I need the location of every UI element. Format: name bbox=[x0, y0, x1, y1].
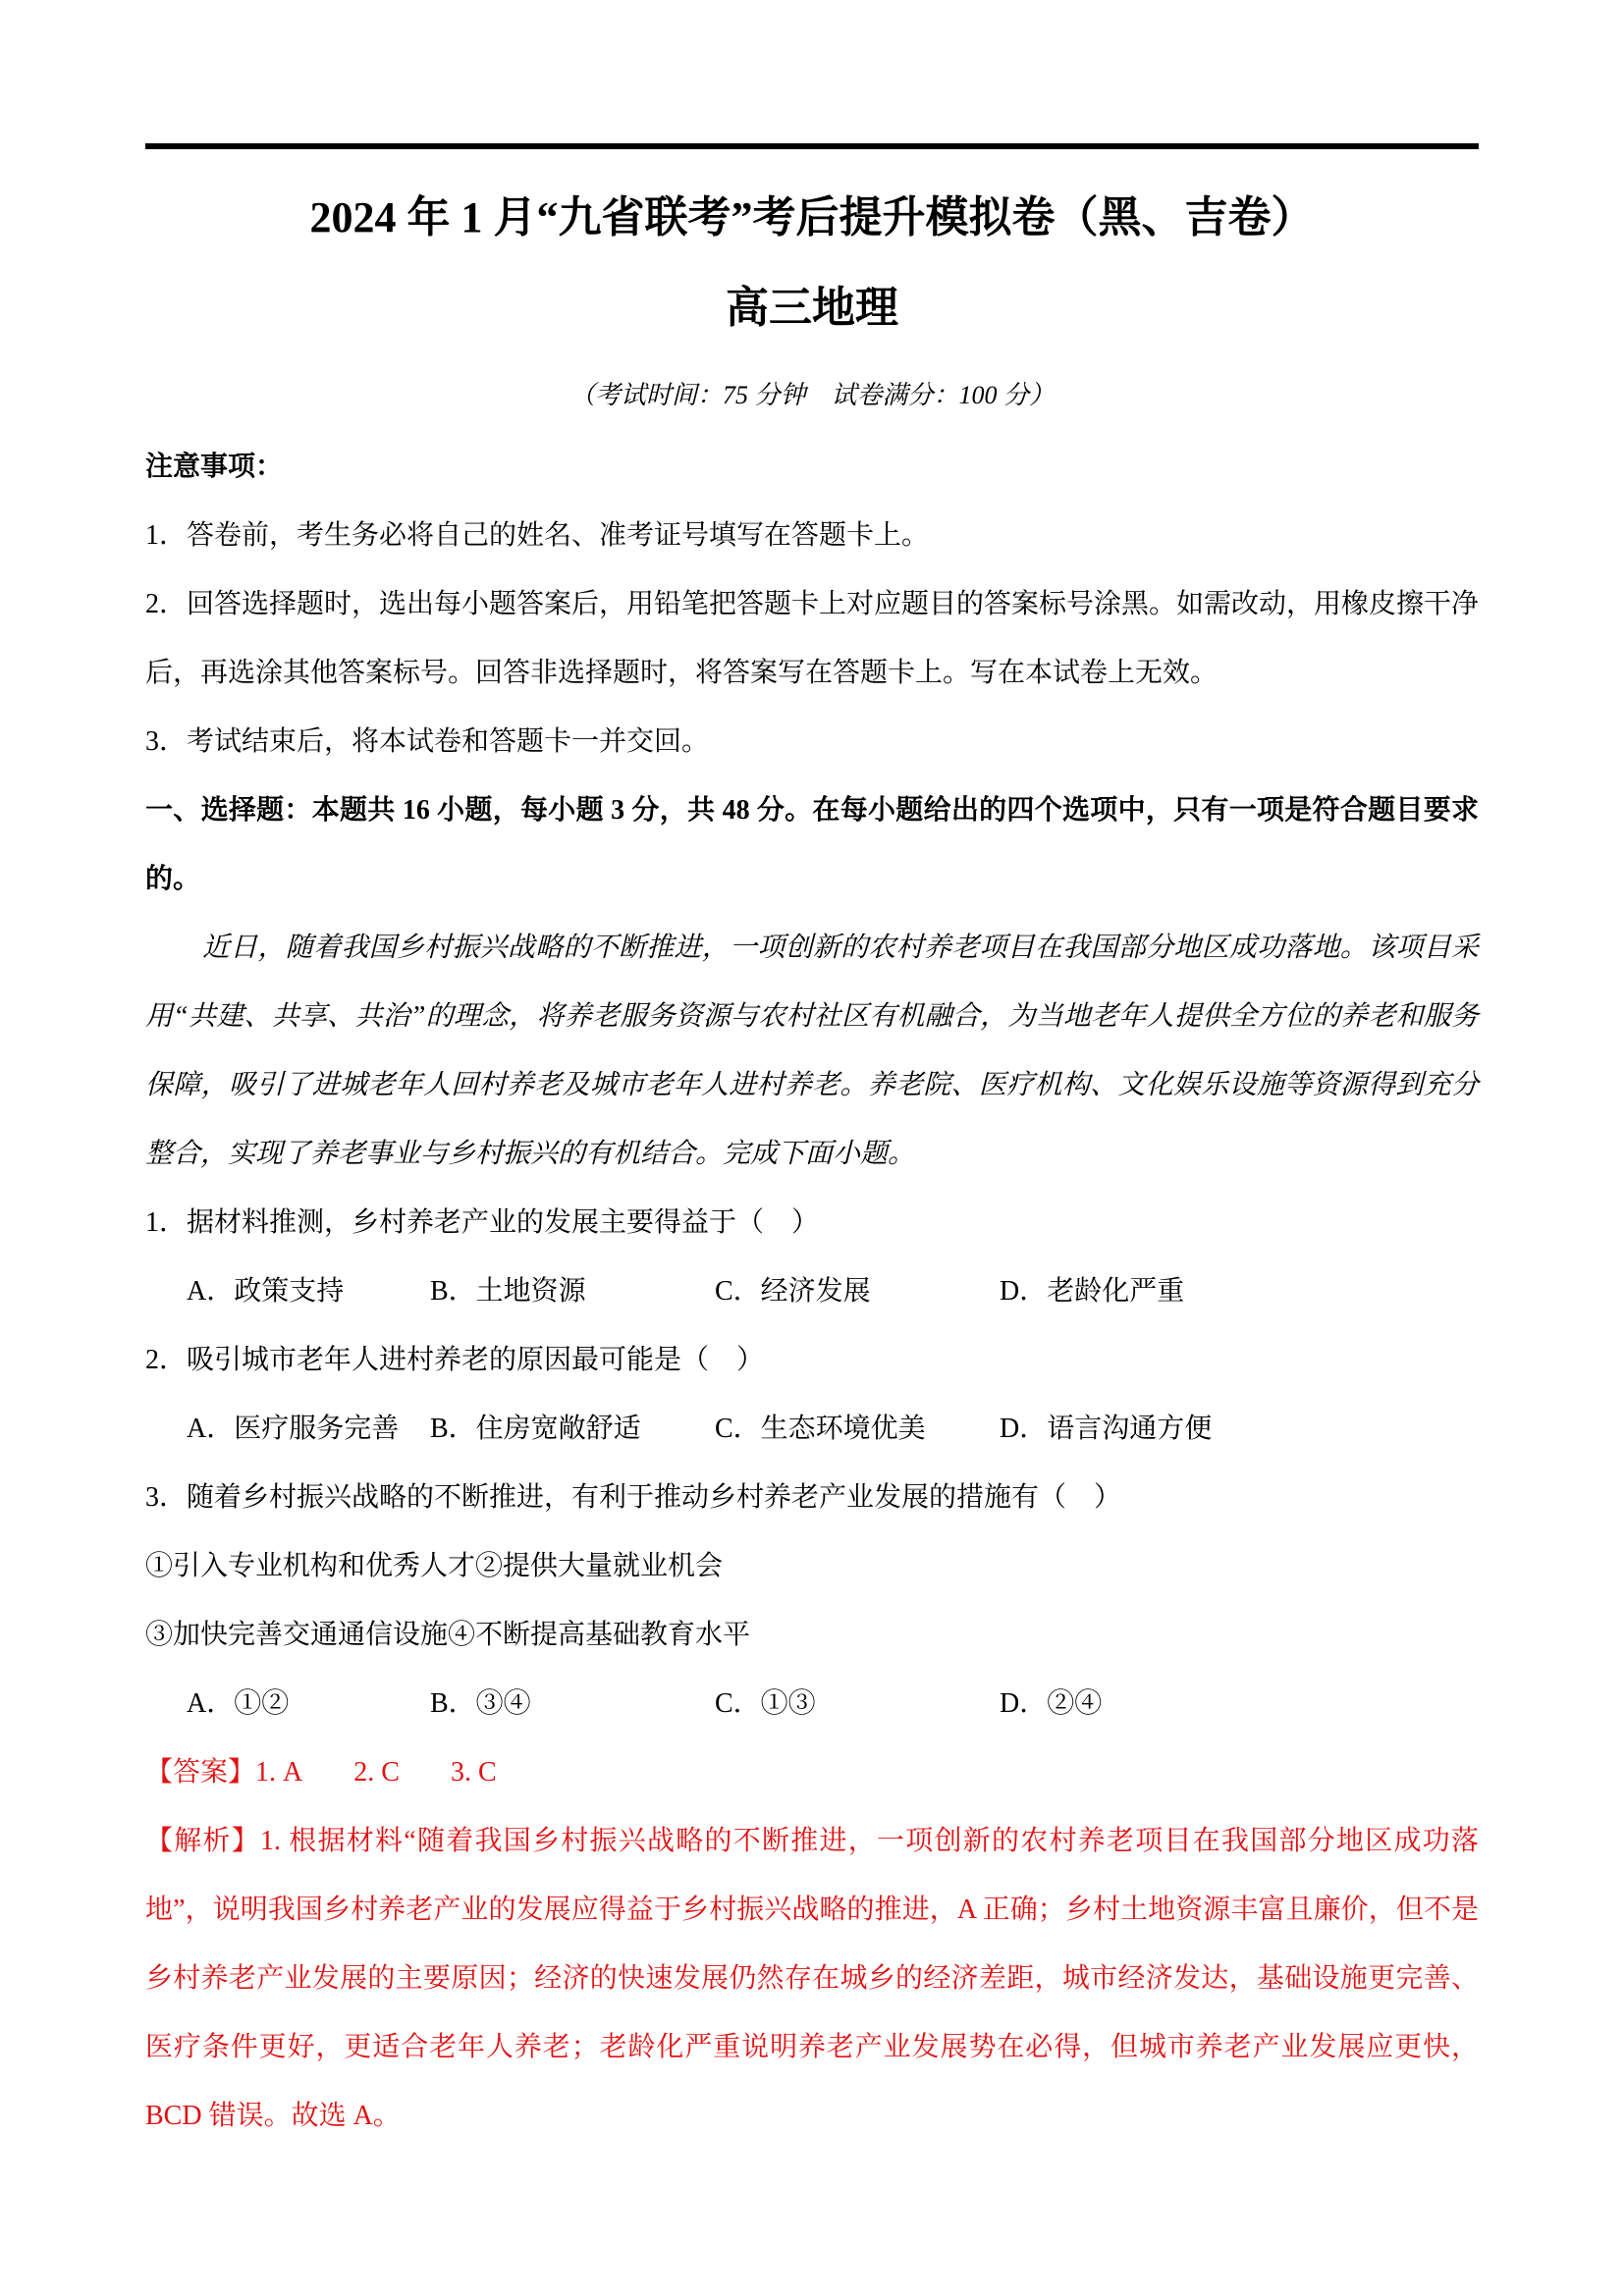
question-3-option-a: A．①② bbox=[187, 1670, 430, 1738]
answer-item-3: 3. C bbox=[451, 1757, 497, 1788]
passage: 近日，随着我国乡村振兴战略的不断推进，一项创新的农村养老项目在我国部分地区成功落… bbox=[145, 914, 1479, 1189]
header-rule bbox=[145, 143, 1479, 149]
exam-page: 2024 年 1 月“九省联考”考后提升模拟卷（黑、吉卷） 高三地理 （考试时间… bbox=[0, 0, 1624, 2296]
question-3: 3．随着乡村振兴战略的不断推进，有利于推动乡村养老产业发展的措施有（ ） ①引入… bbox=[145, 1464, 1479, 1738]
question-2-option-b: B．住房宽敞舒适 bbox=[430, 1395, 715, 1464]
question-1-option-b: B．土地资源 bbox=[430, 1257, 715, 1326]
question-3-numbered-items-1: ①引入专业机构和优秀人才②提供大量就业机会 bbox=[145, 1532, 1479, 1601]
exam-info: （考试时间：75 分钟 试卷满分：100 分） bbox=[145, 378, 1479, 413]
page-subtitle: 高三地理 bbox=[145, 280, 1479, 336]
analysis-text: 1. 根据材料“随着我国乡村振兴战略的不断推进，一项创新的农村养老项目在我国部分… bbox=[145, 1826, 1479, 2131]
question-2-option-d: D．语言沟通方便 bbox=[1000, 1395, 1479, 1464]
question-3-options: A．①② B．③④ C．①③ D．②④ bbox=[145, 1670, 1479, 1738]
question-3-option-d: D．②④ bbox=[1000, 1670, 1479, 1738]
notices-heading: 注意事项： bbox=[145, 433, 1479, 502]
answer-label: 【答案】 bbox=[145, 1757, 255, 1788]
question-3-stem: 3．随着乡村振兴战略的不断推进，有利于推动乡村养老产业发展的措施有（ ） bbox=[145, 1464, 1479, 1532]
question-1-option-a: A．政策支持 bbox=[187, 1257, 430, 1326]
question-2-option-c: C．生态环境优美 bbox=[715, 1395, 1000, 1464]
question-2-option-a: A．医疗服务完善 bbox=[187, 1395, 430, 1464]
page-title: 2024 年 1 月“九省联考”考后提升模拟卷（黑、吉卷） bbox=[145, 188, 1479, 246]
question-3-numbered-items-2: ③加快完善交通通信设施④不断提高基础教育水平 bbox=[145, 1601, 1479, 1670]
question-3-option-b: B．③④ bbox=[430, 1670, 715, 1738]
body-flow: 注意事项： 1．答卷前，考生务必将自己的姓名、准考证号填写在答题卡上。 2．回答… bbox=[145, 433, 1479, 2151]
question-2: 2．吸引城市老年人进村养老的原因最可能是（ ） A．医疗服务完善 B．住房宽敞舒… bbox=[145, 1326, 1479, 1464]
question-1-option-c: C．经济发展 bbox=[715, 1257, 1000, 1326]
page-content: 2024 年 1 月“九省联考”考后提升模拟卷（黑、吉卷） 高三地理 （考试时间… bbox=[0, 143, 1624, 2151]
analysis-label: 【解析】 bbox=[145, 1826, 260, 1856]
notice-item-1: 1．答卷前，考生务必将自己的姓名、准考证号填写在答题卡上。 bbox=[145, 502, 1479, 570]
notice-item-3: 3．考试结束后，将本试卷和答题卡一并交回。 bbox=[145, 708, 1479, 776]
question-1: 1．据材料推测，乡村养老产业的发展主要得益于（ ） A．政策支持 B．土地资源 … bbox=[145, 1189, 1479, 1326]
answer-item-2: 2. C bbox=[353, 1757, 400, 1788]
section-heading: 一、选择题：本题共 16 小题，每小题 3 分，共 48 分。在每小题给出的四个… bbox=[145, 776, 1479, 914]
notice-item-2: 2．回答选择题时，选出每小题答案后，用铅笔把答题卡上对应题目的答案标号涂黑。如需… bbox=[145, 570, 1479, 708]
answer-line: 【答案】1. A2. C3. C bbox=[145, 1738, 1479, 1807]
question-1-stem: 1．据材料推测，乡村养老产业的发展主要得益于（ ） bbox=[145, 1189, 1479, 1257]
question-3-option-c: C．①③ bbox=[715, 1670, 1000, 1738]
question-2-options: A．医疗服务完善 B．住房宽敞舒适 C．生态环境优美 D．语言沟通方便 bbox=[145, 1395, 1479, 1464]
question-2-stem: 2．吸引城市老年人进村养老的原因最可能是（ ） bbox=[145, 1326, 1479, 1395]
question-1-options: A．政策支持 B．土地资源 C．经济发展 D．老龄化严重 bbox=[145, 1257, 1479, 1326]
question-1-option-d: D．老龄化严重 bbox=[1000, 1257, 1479, 1326]
analysis-paragraph: 【解析】1. 根据材料“随着我国乡村振兴战略的不断推进，一项创新的农村养老项目在… bbox=[145, 1807, 1479, 2151]
answer-item-1: 1. A bbox=[255, 1757, 302, 1788]
